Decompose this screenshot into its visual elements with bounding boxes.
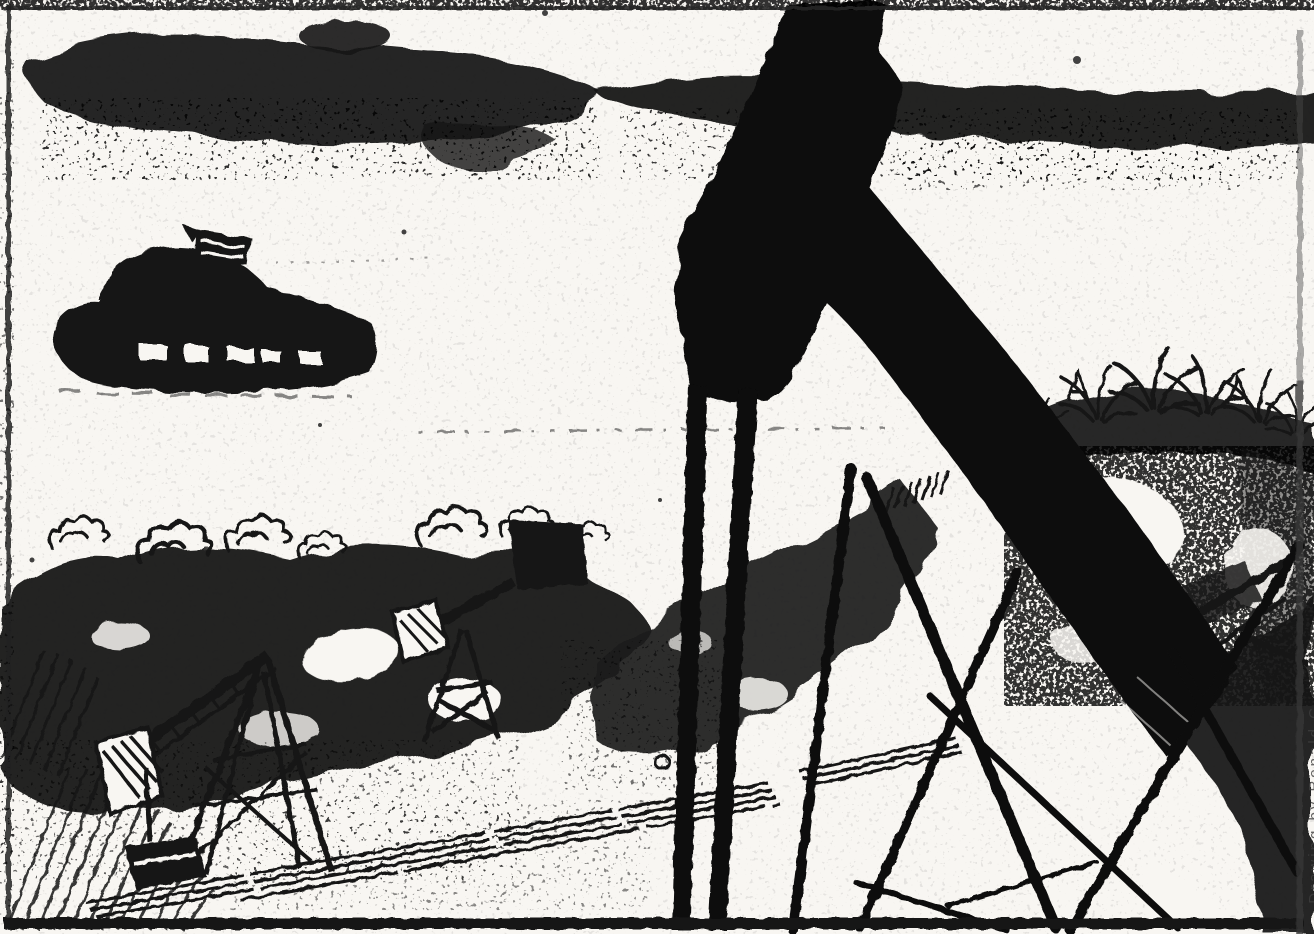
illustration-canvas: Drawing by Ronald C xyxy=(0,0,1314,934)
hatched-head xyxy=(96,728,162,814)
credit-vertical-text: Drawing by Ronald C xyxy=(1306,705,1314,904)
